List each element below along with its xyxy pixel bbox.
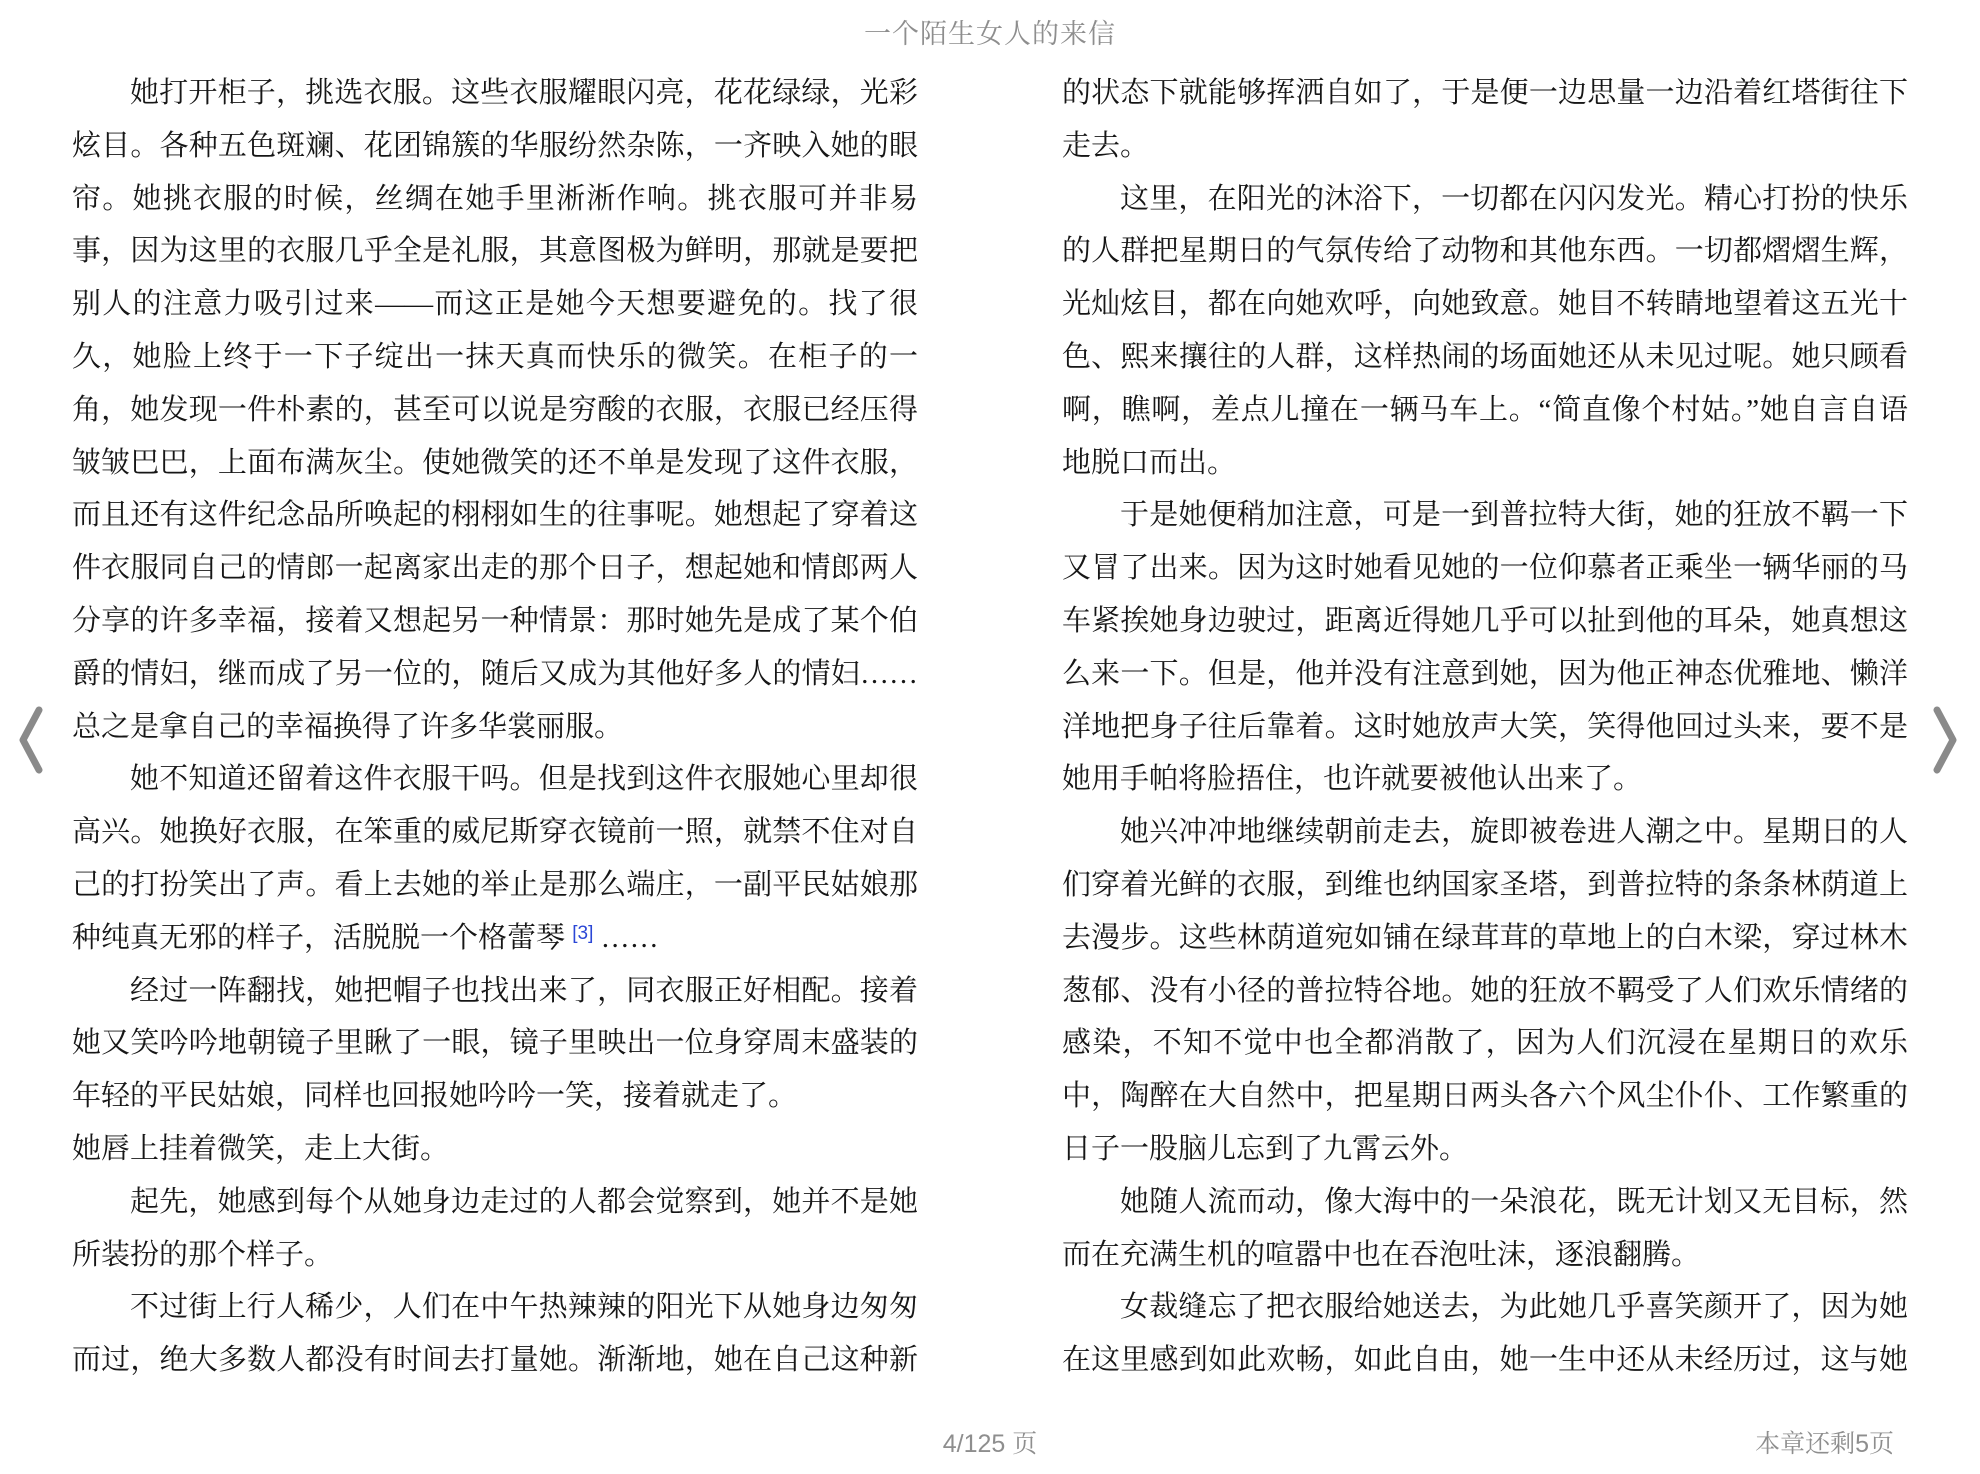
text-line: 又冒了出来。因为这时她看见她的一位仰慕者正乘坐一辆华丽的马 (1062, 542, 1908, 595)
text-line: 她兴冲冲地继续朝前走去，旋即被卷进人潮之中。星期日的人 (1062, 806, 1908, 859)
text-line: 于是她便稍加注意，可是一到普拉特大街，她的狂放不羁一下 (1062, 489, 1908, 542)
text-line: 而过，绝大多数人都没有时间去打量她。渐渐地，她在自己这种新 (72, 1334, 918, 1387)
text-line: 女裁缝忘了把衣服给她送去，为此她几乎喜笑颜开了，因为她 (1062, 1281, 1908, 1334)
text-line: 光灿炫目，都在向她欢呼，向她致意。她目不转睛地望着这五光十 (1062, 278, 1908, 331)
text-line: 己的打扮笑出了声。看上去她的举止是那么端庄，一副平民姑娘那 (72, 859, 918, 912)
text-line: 她又笑吟吟地朝镜子里瞅了一眼，镜子里映出一位身穿周末盛装的 (72, 1017, 918, 1070)
text-line: 起先，她感到每个从她身边走过的人都会觉察到，她并不是她 (72, 1176, 918, 1229)
text-line: 别人的注意力吸引过来——而这正是她今天想要避免的。找了很 (72, 278, 918, 331)
text-line: 在这里感到如此欢畅，如此自由，她一生中还从未经历过，这与她 (1062, 1334, 1908, 1387)
text-line: 啊，瞧啊，差点儿撞在一辆马车上。“简直像个村姑。”她自言自语 (1062, 384, 1908, 437)
reader-page: { "header": { "book_title": "一个陌生女人的来信" … (0, 0, 1980, 1474)
text-line: 这里，在阳光的沐浴下，一切都在闪闪发光。精心打扮的快乐 (1062, 173, 1908, 226)
chapter-remaining: 本章还剩5页 (1755, 1424, 1894, 1460)
text-line: 的人群把星期日的气氛传给了动物和其他东西。一切都熠熠生辉， (1062, 225, 1908, 278)
next-page-button[interactable] (1924, 700, 1968, 784)
text-line: 不过街上行人稀少，人们在中午热辣辣的阳光下从她身边匆匆 (72, 1281, 918, 1334)
text-line: 去漫步。这些林荫道宛如铺在绿茸茸的草地上的白木梁，穿过林木 (1062, 912, 1908, 965)
text-line: 种纯真无邪的样子，活脱脱一个格蕾琴 [3] …… (72, 912, 918, 965)
chevron-right-icon (1931, 704, 1961, 781)
text-line: 车紧挨她身边驶过，距离近得她几乎可以扯到他的耳朵，她真想这 (1062, 595, 1908, 648)
text-line: 帘。她挑衣服的时候，丝绸在她手里淅淅作响。挑衣服可并非易 (72, 173, 918, 226)
text-line: 事，因为这里的衣服几乎全是礼服，其意图极为鲜明，那就是要把 (72, 225, 918, 278)
text-line: 洋地把身子往后靠着。这时她放声大笑，笑得他回过头来，要不是 (1062, 701, 1908, 754)
text-line: 年轻的平民姑娘，同样也回报她吟吟一笑，接着就走了。 (72, 1070, 918, 1123)
footnote-ref[interactable]: [3] (572, 923, 593, 944)
chevron-left-icon (15, 704, 45, 781)
text-line: 她唇上挂着微笑，走上大街。 (72, 1123, 918, 1176)
text-line: 她用手帕将脸捂住，也许就要被他认出来了。 (1062, 753, 1908, 806)
text-line: 感染，不知不觉中也全都消散了，因为人们沉浸在星期日的欢乐 (1062, 1017, 1908, 1070)
text-line: 走去。 (1062, 120, 1908, 173)
text-line: 么来一下。但是，他并没有注意到她，因为他正神态优雅地、懒洋 (1062, 648, 1908, 701)
text-line: 而在充满生机的喧嚣中也在吞泡吐沫，逐浪翻腾。 (1062, 1229, 1908, 1282)
text-line: 葱郁、没有小径的普拉特谷地。她的狂放不羁受了人们欢乐情绪的 (1062, 965, 1908, 1018)
text-line: 她不知道还留着这件衣服干吗。但是找到这件衣服她心里却很 (72, 753, 918, 806)
text-line: 所装扮的那个样子。 (72, 1229, 918, 1282)
text-line: 而且还有这件纪念品所唤起的栩栩如生的往事呢。她想起了穿着这 (72, 489, 918, 542)
text-line: 色、熙来攘往的人群，这样热闹的场面她还从未见过呢。她只顾看 (1062, 331, 1908, 384)
right-column: 的状态下就能够挥洒自如了，于是便一边思量一边沿着红塔街往下走去。这里，在阳光的沐… (1062, 67, 1908, 1387)
page-indicator: 4/125 页 (0, 1424, 1980, 1460)
text-line: 经过一阵翻找，她把帽子也找出来了，同衣服正好相配。接着 (72, 965, 918, 1018)
text-line: 爵的情妇，继而成了另一位的，随后又成为其他好多人的情妇…… (72, 648, 918, 701)
text-line: 们穿着光鲜的衣服，到维也纳国家圣塔，到普拉特的条条林荫道上 (1062, 859, 1908, 912)
text-line: 总之是拿自己的幸福换得了许多华裳丽服。 (72, 701, 918, 754)
text-line: 地脱口而出。 (1062, 437, 1908, 490)
text-line: 高兴。她换好衣服，在笨重的威尼斯穿衣镜前一照，就禁不住对自 (72, 806, 918, 859)
prev-page-button[interactable] (8, 700, 52, 784)
left-column: 她打开柜子，挑选衣服。这些衣服耀眼闪亮，花花绿绿，光彩炫目。各种五色斑斓、花团锦… (72, 67, 918, 1387)
text-line: 炫目。各种五色斑斓、花团锦簇的华服纷然杂陈，一齐映入她的眼 (72, 120, 918, 173)
text-line: 件衣服同自己的情郎一起离家出走的那个日子，想起她和情郎两人 (72, 542, 918, 595)
text-line: 中，陶醉在大自然中，把星期日两头各六个风尘仆仆、工作繁重的 (1062, 1070, 1908, 1123)
text-line: 她随人流而动，像大海中的一朵浪花，既无计划又无目标，然 (1062, 1176, 1908, 1229)
text-line: 角，她发现一件朴素的，甚至可以说是穷酸的衣服，衣服已经压得 (72, 384, 918, 437)
book-title: 一个陌生女人的来信 (0, 12, 1980, 51)
text-line: 的状态下就能够挥洒自如了，于是便一边思量一边沿着红塔街往下 (1062, 67, 1908, 120)
text-line: 久，她脸上终于一下子绽出一抹天真而快乐的微笑。在柜子的一 (72, 331, 918, 384)
text-line: 她打开柜子，挑选衣服。这些衣服耀眼闪亮，花花绿绿，光彩 (72, 67, 918, 120)
text-line: 分享的许多幸福，接着又想起另一种情景：那时她先是成了某个伯 (72, 595, 918, 648)
text-line: 皱皱巴巴，上面布满灰尘。使她微笑的还不单是发现了这件衣服， (72, 437, 918, 490)
text-line: 日子一股脑儿忘到了九霄云外。 (1062, 1123, 1908, 1176)
